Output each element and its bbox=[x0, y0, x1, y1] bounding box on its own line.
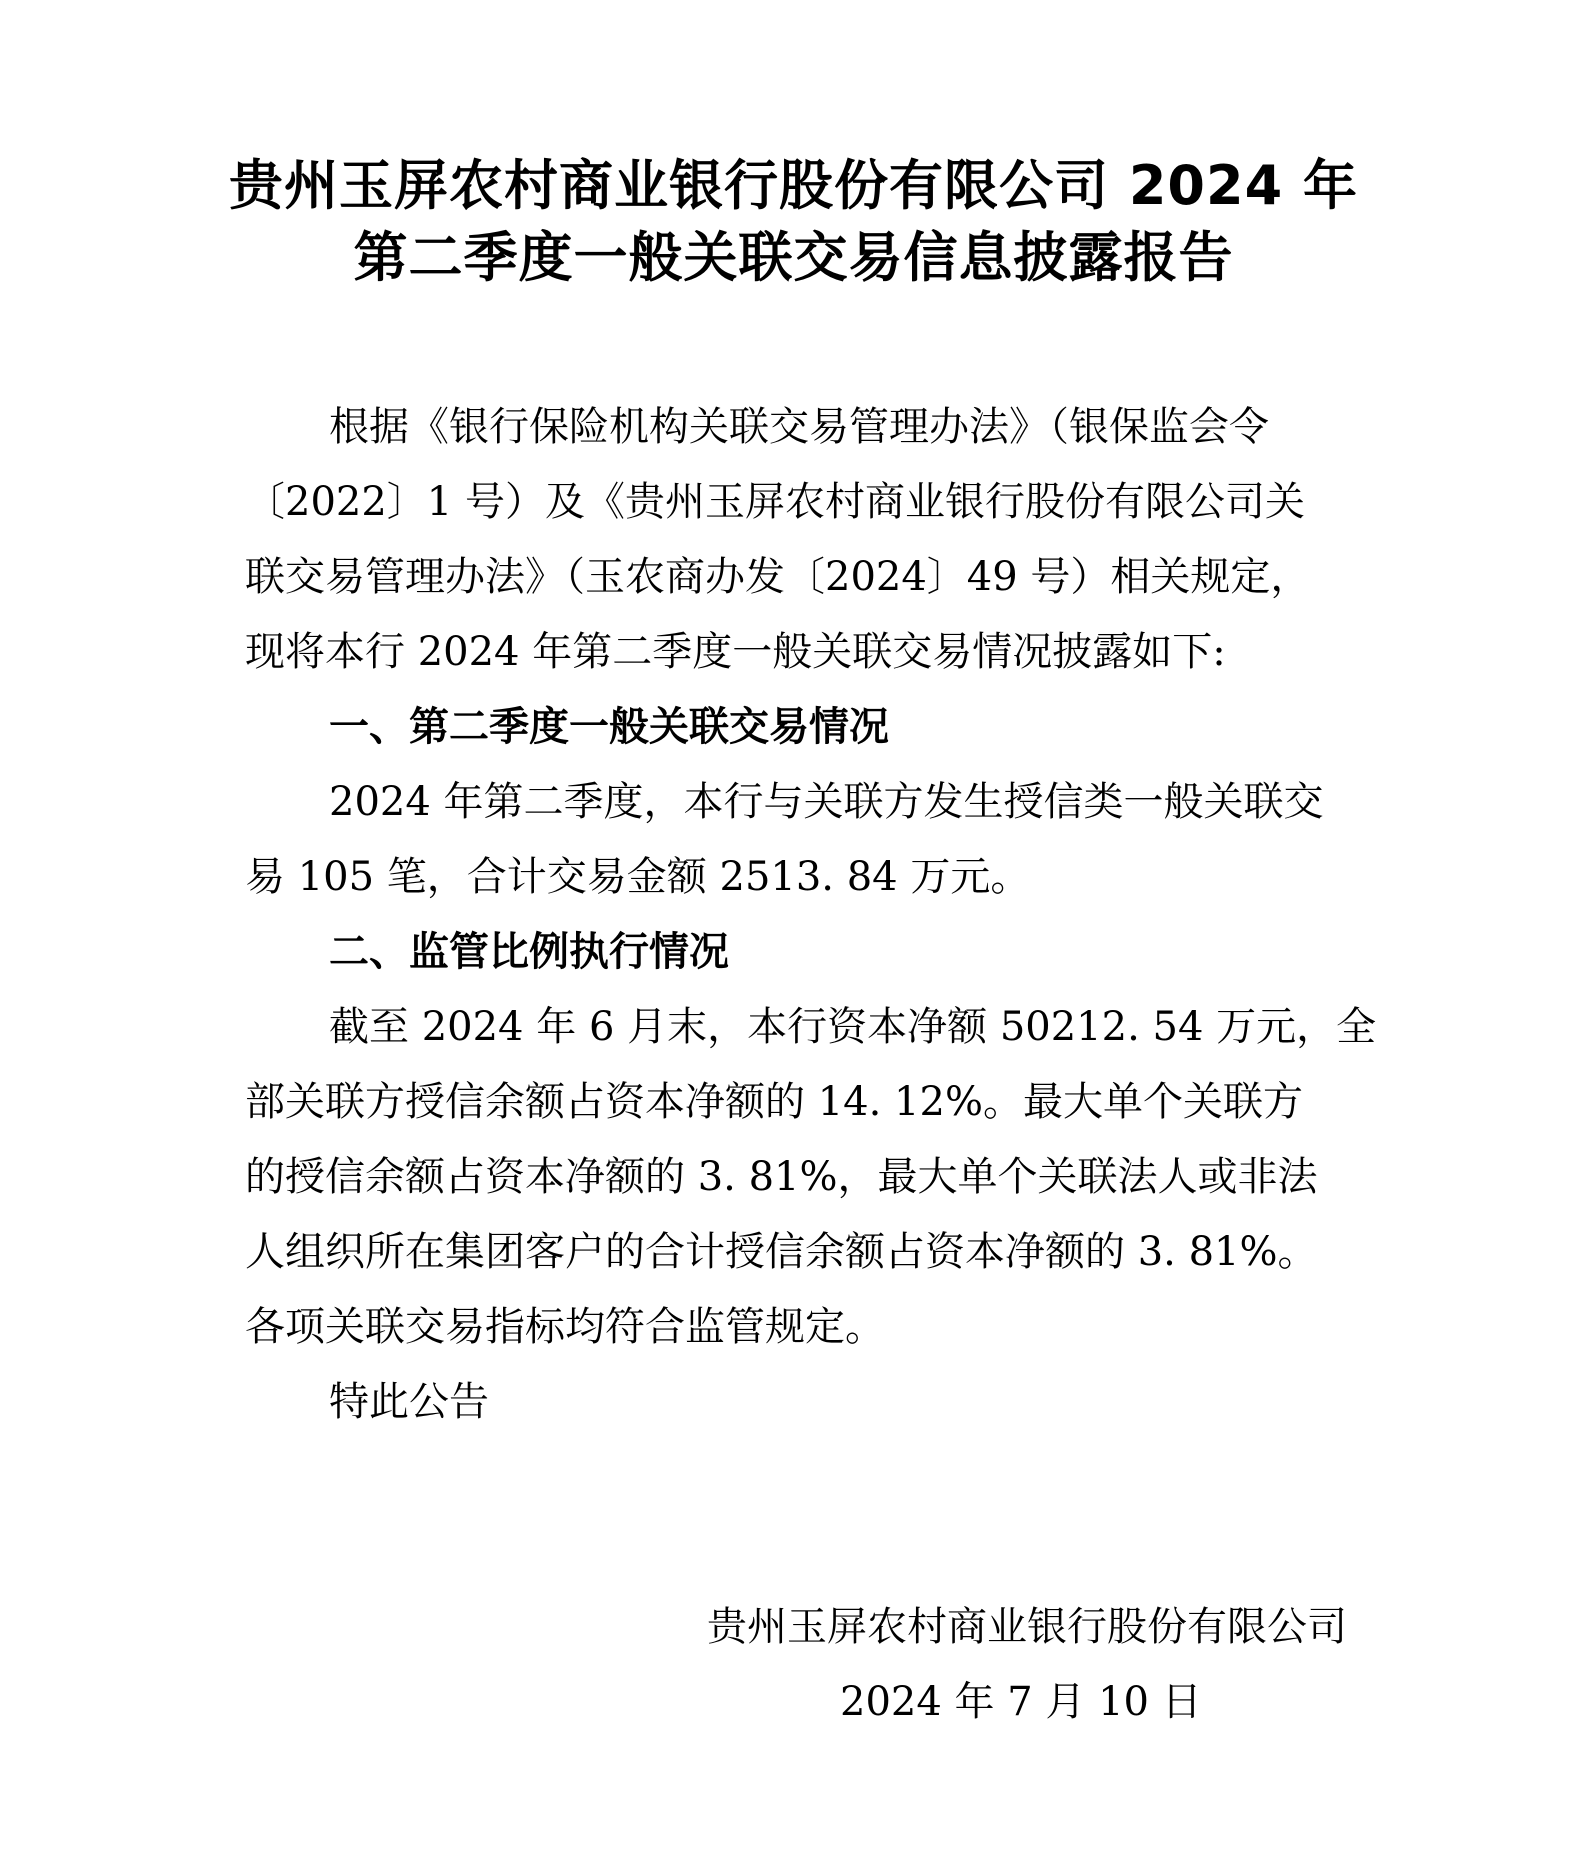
document-page: 贵州玉屏农村商业银行股份有限公司 2024 年 第二季度一般关联交易信息披露报告… bbox=[0, 0, 1587, 1869]
section-2-line-1: 截至 2024 年 6 月末，本行资本净额 50212. 54 万元，全 bbox=[245, 990, 1347, 1065]
intro-line-2: 〔2022〕1 号）及《贵州玉屏农村商业银行股份有限公司关 bbox=[245, 465, 1347, 540]
section-2-heading: 二、监管比例执行情况 bbox=[245, 915, 1347, 990]
intro-line-4: 现将本行 2024 年第二季度一般关联交易情况披露如下: bbox=[245, 615, 1347, 690]
section-2-line-3: 的授信余额占资本净额的 3. 81%，最大单个关联法人或非法 bbox=[245, 1140, 1347, 1215]
title-line-1: 贵州玉屏农村商业银行股份有限公司 2024 年 bbox=[200, 150, 1387, 222]
signature-organization: 贵州玉屏农村商业银行股份有限公司 bbox=[707, 1590, 1347, 1665]
section-1-heading: 一、第二季度一般关联交易情况 bbox=[245, 690, 1347, 765]
intro-line-3: 联交易管理办法》（玉农商办发〔2024〕49 号）相关规定， bbox=[245, 540, 1347, 615]
section-1-line-2: 易 105 笔，合计交易金额 2513. 84 万元。 bbox=[245, 840, 1347, 915]
document-body: 根据《银行保险机构关联交易管理办法》（银保监会令 〔2022〕1 号）及《贵州玉… bbox=[245, 390, 1347, 1440]
section-2-line-2: 部关联方授信余额占资本净额的 14. 12%。最大单个关联方 bbox=[245, 1065, 1347, 1140]
section-2-line-4: 人组织所在集团客户的合计授信余额占资本净额的 3. 81%。 bbox=[245, 1215, 1347, 1290]
closing-text: 特此公告 bbox=[245, 1365, 1347, 1440]
title-line-2: 第二季度一般关联交易信息披露报告 bbox=[200, 222, 1387, 294]
section-2-line-5: 各项关联交易指标均符合监管规定。 bbox=[245, 1290, 1347, 1365]
intro-line-1: 根据《银行保险机构关联交易管理办法》（银保监会令 bbox=[245, 390, 1347, 465]
document-title: 贵州玉屏农村商业银行股份有限公司 2024 年 第二季度一般关联交易信息披露报告 bbox=[200, 150, 1387, 294]
section-1-line-1: 2024 年第二季度，本行与关联方发生授信类一般关联交 bbox=[245, 765, 1347, 840]
signature-date: 2024 年 7 月 10 日 bbox=[840, 1665, 1202, 1740]
